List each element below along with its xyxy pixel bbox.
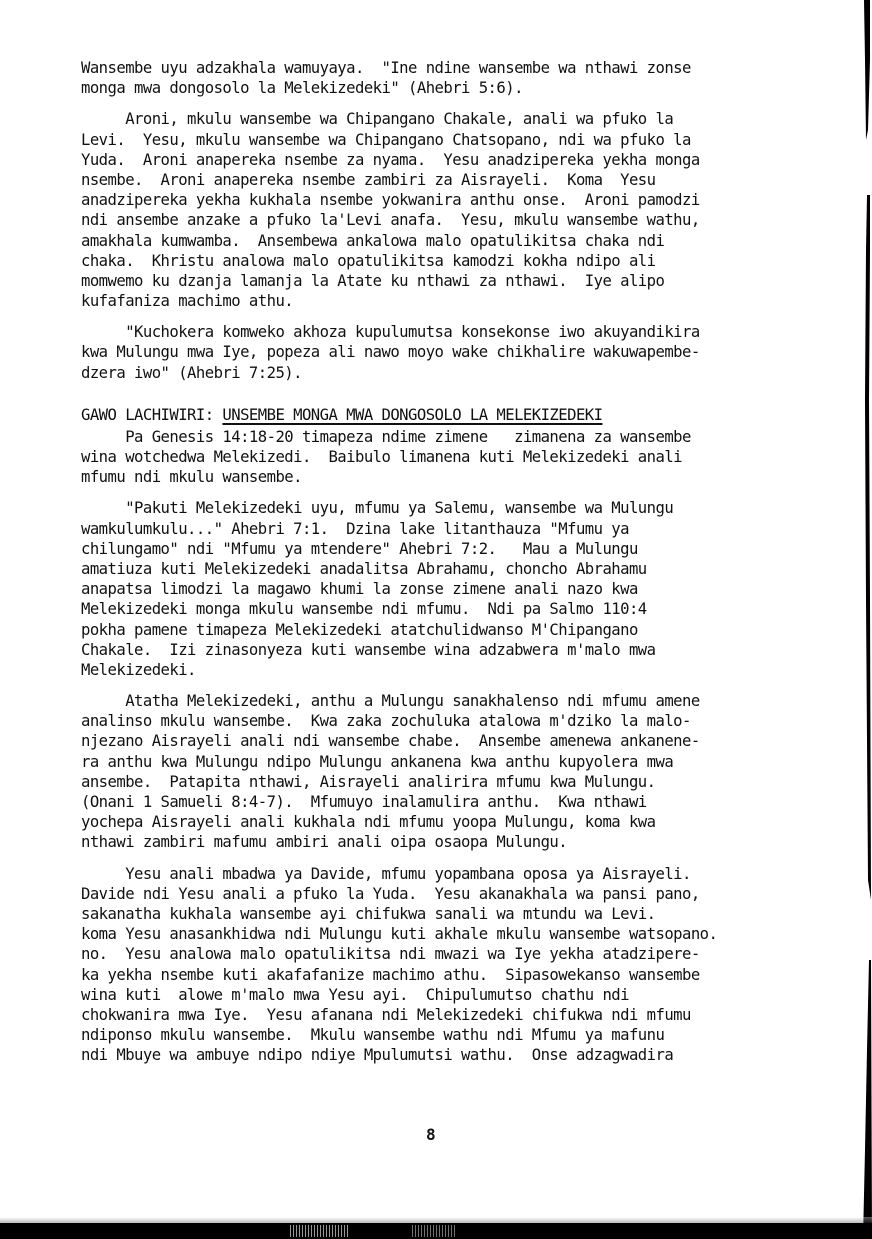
- text-line: ndi ansembe anzake a pfuko la'Levi anafa…: [81, 210, 826, 230]
- text-line: amatiuza kuti Melekizedeki anadalitsa Ab…: [81, 559, 826, 579]
- text-line: nthawi zambiri mafumu ambiri anali oipa …: [81, 832, 826, 852]
- section-paragraph-3: Atatha Melekizedeki, anthu a Mulungu san…: [81, 691, 826, 853]
- binding-shadow: [858, 0, 872, 1239]
- text-line: ra anthu kwa Mulungu ndipo Mulungu ankan…: [81, 752, 826, 772]
- text-line: Chakale. Izi zinasonyeza kuti wansembe w…: [81, 640, 826, 660]
- text-line: anapatsa limodzi la magawo khumi la zons…: [81, 579, 826, 599]
- scan-noise: [290, 1225, 350, 1237]
- text-line: Aroni, mkulu wansembe wa Chipangano Chak…: [81, 109, 826, 129]
- text-line: Levi. Yesu, mkulu wansembe wa Chipangano…: [81, 130, 826, 150]
- text-line: chaka. Khristu analowa malo opatulikitsa…: [81, 251, 826, 271]
- text-line: no. Yesu analowa malo opatulikitsa ndi m…: [81, 944, 826, 964]
- text-line: Yuda. Aroni anapereka nsembe za nyama. Y…: [81, 150, 826, 170]
- text-line: anadzipereka yekha kukhala nsembe yokwan…: [81, 190, 826, 210]
- document-page: Wansembe uyu adzakhala wamuyaya. "Ine nd…: [0, 0, 872, 1239]
- text-line: kufafaniza machimo athu.: [81, 291, 826, 311]
- text-line: pokha pamene timapeza Melekizedeki atatc…: [81, 620, 826, 640]
- scan-noise: [412, 1225, 457, 1237]
- text-line: wina wotchedwa Melekizedi. Baibulo liman…: [81, 447, 826, 467]
- text-line: koma Yesu anasankhidwa ndi Mulungu kuti …: [81, 924, 826, 944]
- body-text: Wansembe uyu adzakhala wamuyaya. "Ine nd…: [81, 58, 826, 1065]
- text-line: chilungamo" ndi "Mfumu ya mtendere" Aheb…: [81, 539, 826, 559]
- text-line: ka yekha nsembe kuti akafafanize machimo…: [81, 965, 826, 985]
- text-line: kwa Mulungu mwa Iye, popeza ali nawo moy…: [81, 342, 826, 362]
- text-line: nsembe. Aroni anapereka nsembe zambiri z…: [81, 170, 826, 190]
- text-line: Yesu anali mbadwa ya Davide, mfumu yopam…: [81, 864, 826, 884]
- text-line: yochepa Aisrayeli anali kukhala ndi mfum…: [81, 812, 826, 832]
- section-paragraph-1: Pa Genesis 14:18-20 timapeza ndime zimen…: [81, 427, 826, 488]
- text-line: njezano Aisrayeli anali ndi wansembe cha…: [81, 731, 826, 751]
- text-line: ansembe. Patapita nthawi, Aisrayeli anal…: [81, 772, 826, 792]
- text-line: Wansembe uyu adzakhala wamuyaya. "Ine nd…: [81, 58, 826, 78]
- text-line: "Pakuti Melekizedeki uyu, mfumu ya Salem…: [81, 498, 826, 518]
- text-line: Melekizedeki.: [81, 660, 826, 680]
- paragraph-1: Wansembe uyu adzakhala wamuyaya. "Ine nd…: [81, 58, 826, 98]
- section-paragraph-4: Yesu anali mbadwa ya Davide, mfumu yopam…: [81, 864, 826, 1066]
- text-line: (Onani 1 Samueli 8:4-7). Mfumuyo inalamu…: [81, 792, 826, 812]
- text-line: mfumu ndi mkulu wansembe.: [81, 467, 826, 487]
- text-line: ndiponso mkulu wansembe. Mkulu wansembe …: [81, 1025, 826, 1045]
- paragraph-2: Aroni, mkulu wansembe wa Chipangano Chak…: [81, 109, 826, 311]
- text-line: momwemo ku dzanja lamanja la Atate ku nt…: [81, 271, 826, 291]
- text-line: ndi Mbuye wa ambuye ndipo ndiye Mpulumut…: [81, 1045, 826, 1065]
- text-line: "Kuchokera komweko akhoza kupulumutsa ko…: [81, 322, 826, 342]
- text-line: Atatha Melekizedeki, anthu a Mulungu san…: [81, 691, 826, 711]
- text-line: wina kuti alowe m'malo mwa Yesu ayi. Chi…: [81, 985, 826, 1005]
- text-line: wamkulumkulu..." Ahebri 7:1. Dzina lake …: [81, 519, 826, 539]
- text-line: Melekizedeki monga mkulu wansembe ndi mf…: [81, 599, 826, 619]
- text-line: monga mwa dongosolo la Melekizedeki" (Ah…: [81, 78, 826, 98]
- text-line: Davide ndi Yesu anali a pfuko la Yuda. Y…: [81, 884, 826, 904]
- section-heading-prefix: GAWO LACHIWIRI:: [81, 406, 222, 424]
- text-line: amakhala kumwamba. Ansembewa ankalowa ma…: [81, 231, 826, 251]
- text-line: Pa Genesis 14:18-20 timapeza ndime zimen…: [81, 427, 826, 447]
- section-heading: GAWO LACHIWIRI: UNSEMBE MONGA MWA DONGOS…: [81, 405, 826, 427]
- text-line: chokwanira mwa Iye. Yesu afanana ndi Mel…: [81, 1005, 826, 1025]
- text-line: analinso mkulu wansembe. Kwa zaka zochul…: [81, 711, 826, 731]
- page-number: 8: [426, 1125, 436, 1144]
- section-paragraph-2: "Pakuti Melekizedeki uyu, mfumu ya Salem…: [81, 498, 826, 680]
- paragraph-3-quote: "Kuchokera komweko akhoza kupulumutsa ko…: [81, 322, 826, 383]
- section-heading-title: UNSEMBE MONGA MWA DONGOSOLO LA MELEKIZED…: [222, 406, 602, 424]
- text-line: dzera iwo" (Ahebri 7:25).: [81, 363, 826, 383]
- text-line: sakanatha kukhala wansembe ayi chifukwa …: [81, 904, 826, 924]
